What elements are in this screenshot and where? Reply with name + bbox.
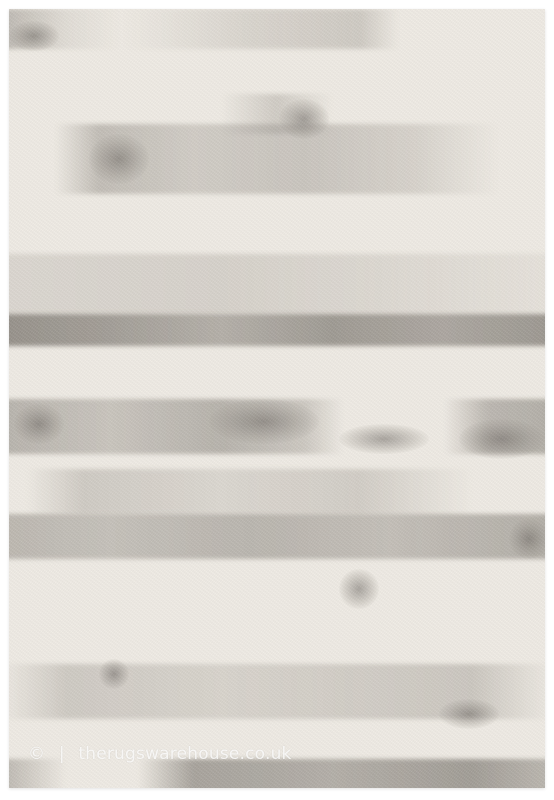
grey-band-2-haze [9, 254, 545, 314]
grey-speck [339, 424, 429, 454]
grey-speck [89, 134, 149, 184]
rug-product-image [9, 9, 545, 788]
copyright-icon: © [28, 744, 45, 764]
grey-band-2 [9, 314, 545, 346]
grey-speck [439, 699, 499, 729]
watermark-text: therugswarehouse.co.uk [78, 744, 291, 764]
grey-speck [509, 519, 545, 559]
grey-speck [99, 659, 129, 689]
grey-speck [14, 404, 64, 444]
grey-speck [9, 21, 59, 51]
watermark-separator: | [59, 744, 65, 764]
grey-speck [279, 99, 329, 139]
grey-band-4 [9, 514, 545, 559]
grey-band-top [9, 9, 545, 49]
grey-band-1-fade [9, 94, 545, 134]
grey-band-4-haze [9, 469, 545, 514]
grey-speck [339, 569, 379, 609]
grey-speck [459, 419, 544, 459]
grey-speck [209, 399, 319, 444]
watermark: © | therugswarehouse.co.uk [28, 744, 300, 764]
